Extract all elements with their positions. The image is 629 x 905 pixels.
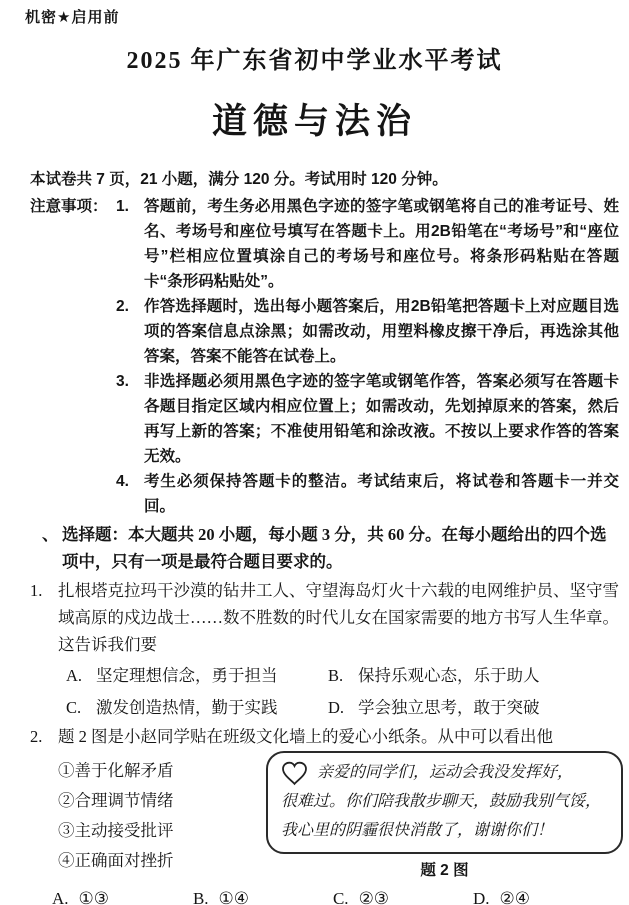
option-label: C.: [66, 693, 96, 722]
question-number: 2.: [30, 723, 58, 884]
exam-subject-title: 道德与法治: [0, 94, 629, 144]
question-1-options: A. 坚定理想信念，勇于担当 B. 保持乐观心态，乐于助人 C. 激发创造热情，…: [66, 661, 619, 722]
notice-label: 注意事项：: [30, 194, 116, 519]
option-text: ①④: [219, 885, 249, 905]
option-text: ①③: [79, 885, 109, 905]
exam-title: 2025 年广东省初中学业水平考试: [0, 40, 629, 75]
notice-item-text: 答题前，考生务必用黑色字迹的签字笔或钢笔将自己的准考证号、姓名、考场号和座位号填…: [144, 194, 619, 294]
notice-item-number: 3.: [116, 369, 144, 469]
option-label: D.: [328, 693, 358, 722]
option-text: 保持乐观心态，乐于助人: [358, 661, 540, 690]
figure-question-2: 亲爱的同学们，运动会我没发挥好， 很难过。你们陪我散步聊天，鼓励我别气馁， 我心…: [266, 751, 623, 884]
option-b: B. 保持乐观心态，乐于助人: [328, 661, 619, 690]
option-label: A.: [52, 885, 69, 905]
notice-item-text: 非选择题必须用黑色字迹的签字笔或钢笔作答，答案必须写在答题卡各题目指定区域内相应…: [144, 369, 619, 469]
statement-1: ①善于化解矛盾: [58, 756, 266, 786]
question-stem: 题 2 图是小赵同学贴在班级文化墙上的爱心小纸条。从中可以看出他: [58, 723, 623, 750]
option-a: A. 坚定理想信念，勇于担当: [66, 661, 328, 690]
question-number: 1.: [30, 577, 58, 722]
notice-item-number: 2.: [116, 294, 144, 369]
notice-item: 1. 答题前，考生务必用黑色字迹的签字笔或钢笔将自己的准考证号、姓名、考场号和座…: [116, 194, 619, 294]
option-label: B.: [328, 661, 358, 690]
notice-item-text: 作答选择题时，选出每小题答案后，用2B铅笔把答题卡上对应题目选项的答案信息点涂黑…: [144, 294, 619, 369]
note-line: 我心里的阴霾很快消散了，谢谢你们！: [281, 816, 611, 845]
option-b: B. ①④: [193, 885, 249, 905]
option-text: 坚定理想信念，勇于担当: [96, 661, 278, 690]
section-prefix: 、: [42, 521, 62, 575]
option-text: 激发创造热情，勤于实践: [96, 693, 278, 722]
notice-item-number: 1.: [116, 194, 144, 294]
option-label: D.: [473, 885, 490, 905]
figure-caption: 题 2 图: [266, 857, 623, 884]
question-stem: 扎根塔克拉玛干沙漠的钻井工人、守望海岛灯火十六载的电网维护员、坚守雪域高原的戍边…: [58, 577, 619, 658]
notice-block: 注意事项： 1. 答题前，考生务必用黑色字迹的签字笔或钢笔将自己的准考证号、姓名…: [30, 194, 619, 519]
option-c: C. 激发创造热情，勤于实践: [66, 693, 328, 722]
option-d: D. 学会独立思考，敢于突破: [328, 693, 619, 722]
option-label: B.: [193, 885, 209, 905]
heart-icon: [281, 761, 308, 786]
option-a: A. ①③: [52, 885, 109, 905]
notice-item: 2. 作答选择题时，选出每小题答案后，用2B铅笔把答题卡上对应题目选项的答案信息…: [116, 294, 619, 369]
section-header-text: 选择题：本大题共 20 小题，每小题 3 分，共 60 分。在每小题给出的四个选…: [62, 521, 619, 575]
exam-info-line: 本试卷共 7 页，21 小题，满分 120 分。考试用时 120 分钟。: [30, 167, 617, 192]
option-text: ②④: [500, 885, 530, 905]
statement-4: ④正确面对挫折: [58, 846, 266, 876]
note-line: 亲爱的同学们，运动会我没发挥好，: [317, 758, 573, 787]
statement-2: ②合理调节情绪: [58, 786, 266, 816]
option-label: A.: [66, 661, 96, 690]
statement-list: ①善于化解矛盾 ②合理调节情绪 ③主动接受批评 ④正确面对挫折: [58, 756, 266, 884]
question-2-options: A. ①③ B. ①④ C. ②③ D. ②④: [52, 885, 530, 905]
option-text: ②③: [359, 885, 389, 905]
option-c: C. ②③: [333, 885, 389, 905]
option-d: D. ②④: [473, 885, 530, 905]
option-label: C.: [333, 885, 349, 905]
question-2: 2. 题 2 图是小赵同学贴在班级文化墙上的爱心小纸条。从中可以看出他 ①善于化…: [30, 723, 623, 905]
statement-3: ③主动接受批评: [58, 816, 266, 846]
note-line: 很难过。你们陪我散步聊天，鼓励我别气馁，: [281, 787, 611, 816]
notice-item: 3. 非选择题必须用黑色字迹的签字笔或钢笔作答，答案必须写在答题卡各题目指定区域…: [116, 369, 619, 469]
notice-items: 1. 答题前，考生务必用黑色字迹的签字笔或钢笔将自己的准考证号、姓名、考场号和座…: [116, 194, 619, 519]
notice-item-text: 考生必须保持答题卡的整洁。考试结束后，将试卷和答题卡一并交回。: [144, 469, 619, 519]
security-label: 机密★启用前: [25, 6, 119, 27]
option-text: 学会独立思考，敢于突破: [358, 693, 540, 722]
notice-item-number: 4.: [116, 469, 144, 519]
question-1: 1. 扎根塔克拉玛干沙漠的钻井工人、守望海岛灯火十六载的电网维护员、坚守雪域高原…: [30, 577, 619, 722]
section-header: 、 选择题：本大题共 20 小题，每小题 3 分，共 60 分。在每小题给出的四…: [42, 521, 619, 575]
love-note-box: 亲爱的同学们，运动会我没发挥好， 很难过。你们陪我散步聊天，鼓励我别气馁， 我心…: [266, 751, 623, 854]
notice-item: 4. 考生必须保持答题卡的整洁。考试结束后，将试卷和答题卡一并交回。: [116, 469, 619, 519]
